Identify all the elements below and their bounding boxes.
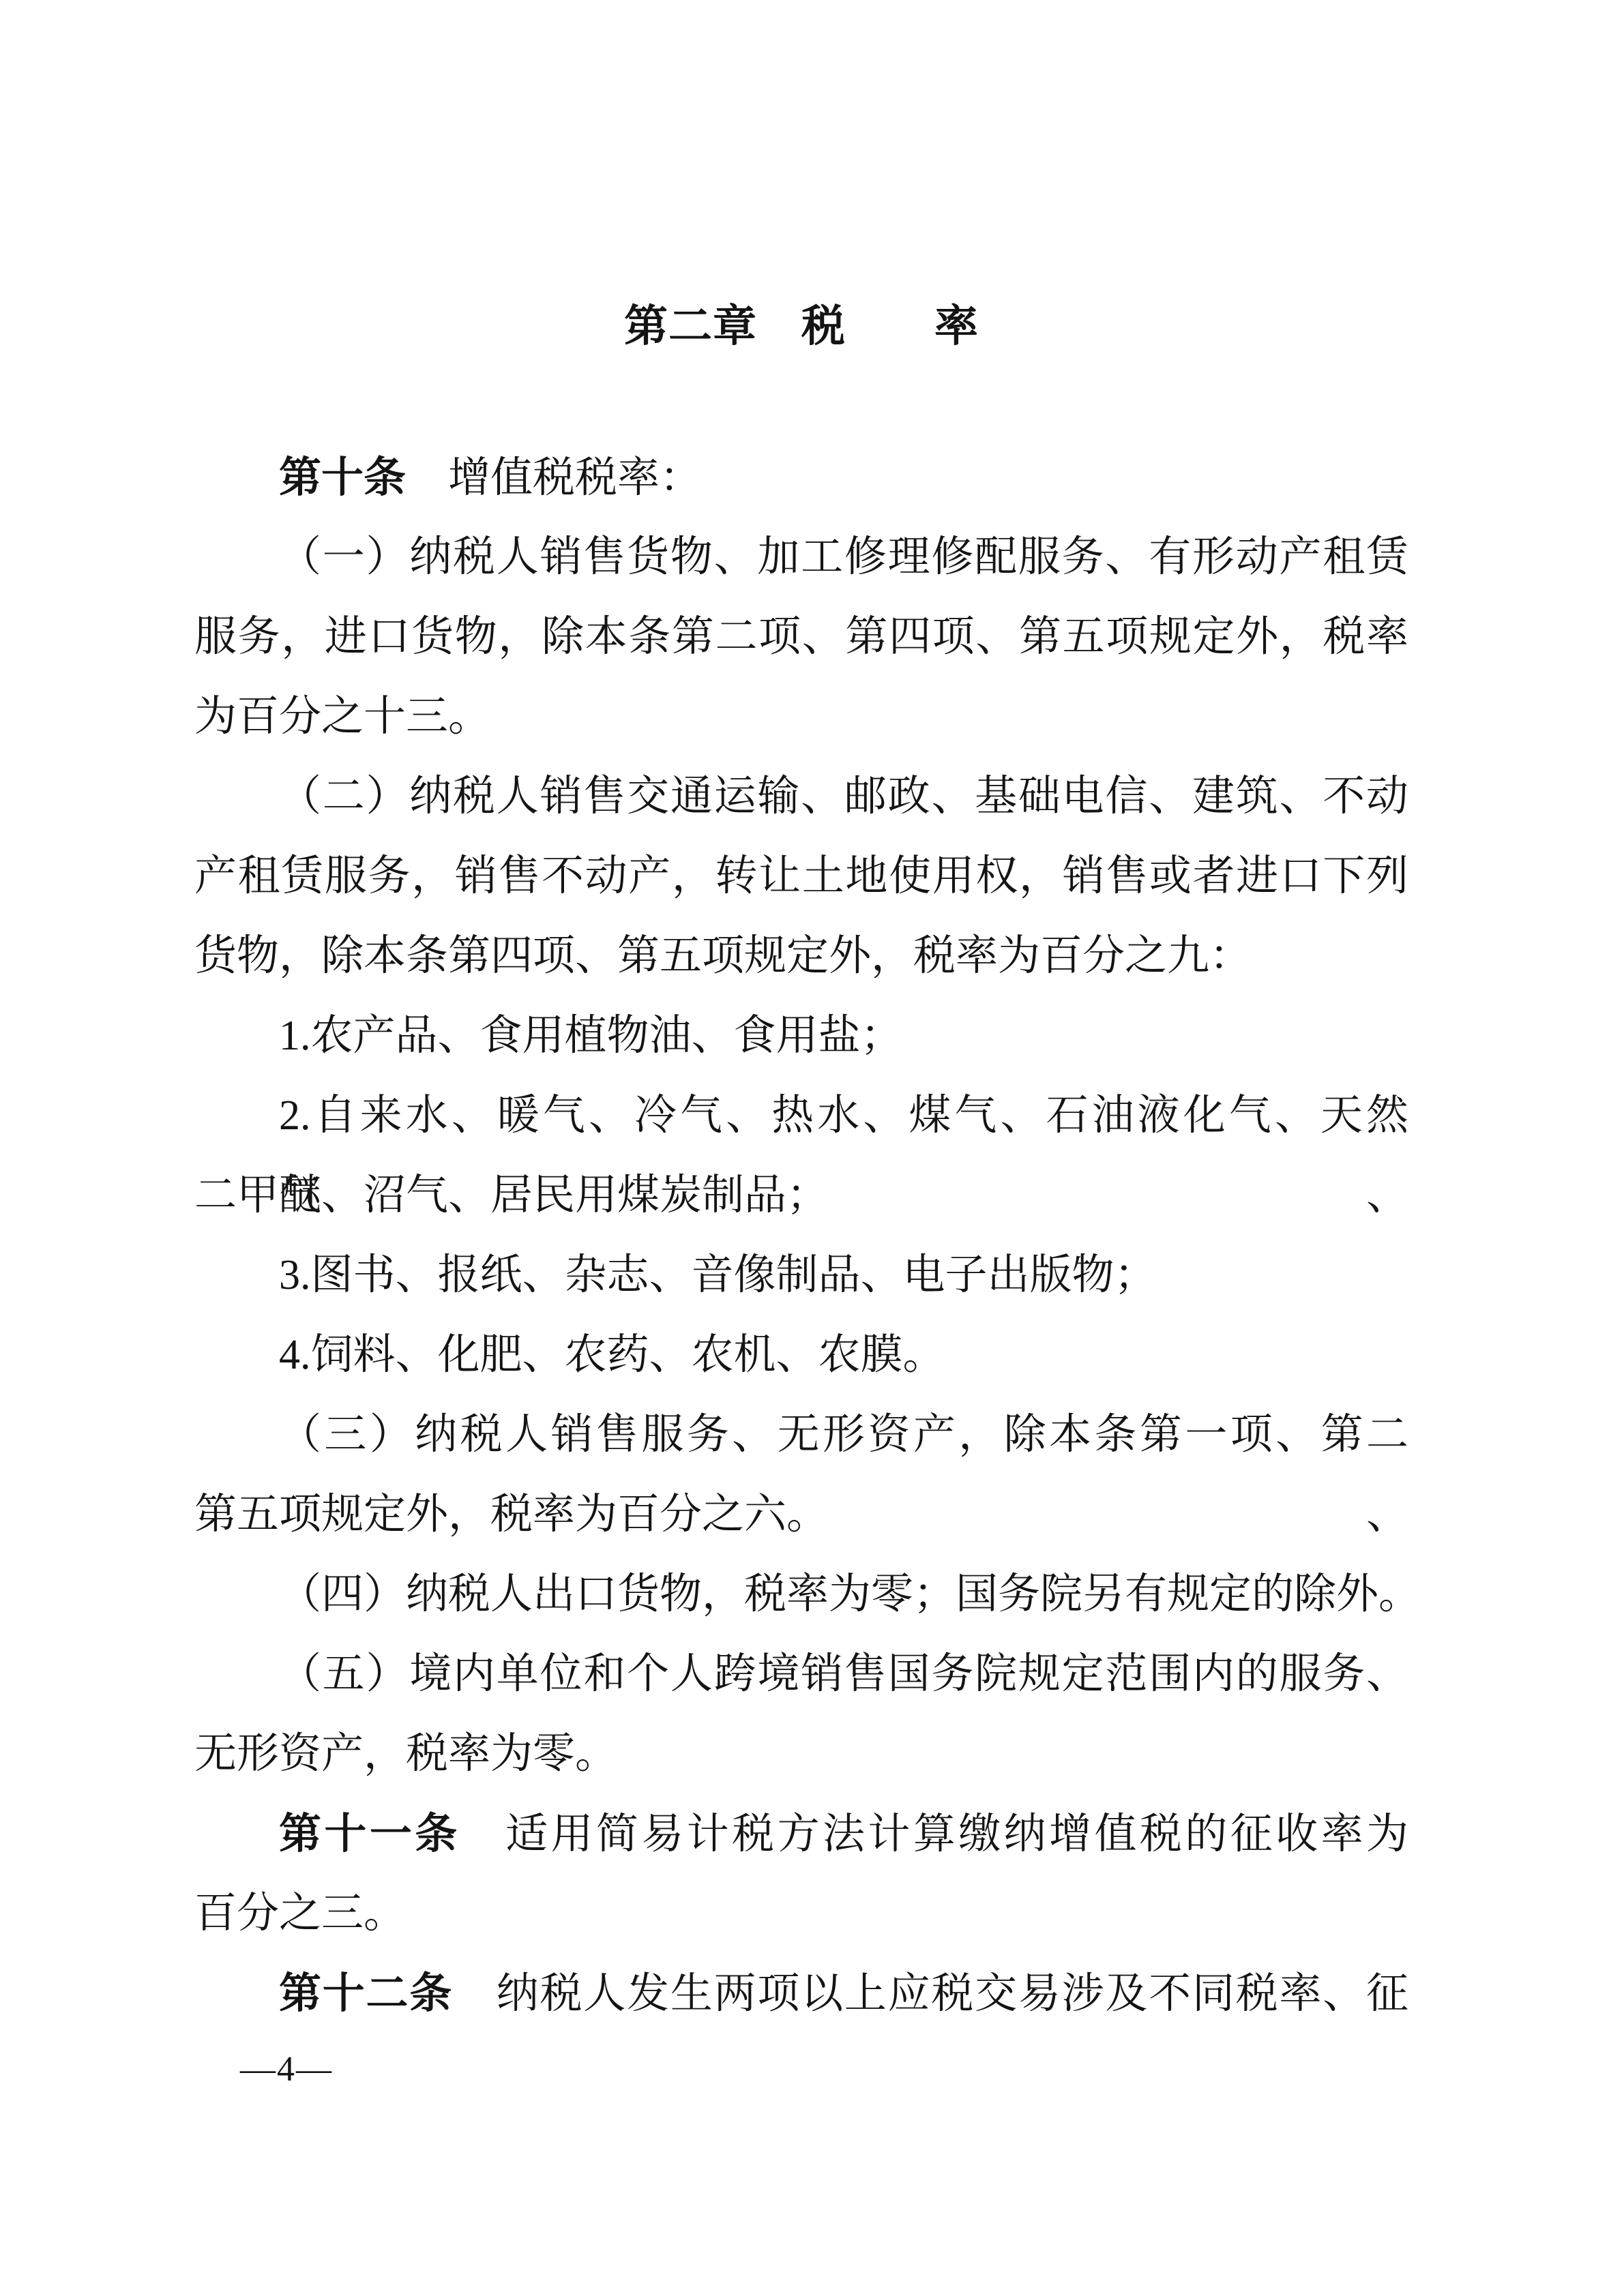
line-text: 3.图书、报纸、杂志、音像制品、电子出版物； [279,1252,1157,1298]
line-text: 产租赁服务，销售不动产，转让土地使用权，销售或者进口下列 [194,853,1408,899]
line-text: （五）境内单位和个人跨境销售国务院规定范围内的服务、 [279,1651,1408,1697]
line-text: 货物，除本条第四项、第五项规定外，税率为百分之九： [194,933,1252,979]
article-number: 第十条 [279,454,406,501]
text-line: 第十一条 适用简易计税方法计算缴纳增值税的征收率为 [194,1794,1408,1874]
line-text: 二甲醚、沼气、居民用煤炭制品； [194,1172,829,1219]
line-text: 第五项规定外，税率为百分之六。 [194,1491,829,1538]
line-text: （一）纳税人销售货物、加工修理修配服务、有形动产租赁 [279,534,1408,580]
text-line: 第十条 增值税税率： [194,438,1408,518]
chapter-title: 第二章 税 率 [194,292,1408,360]
article-number: 第十二条 [279,1970,453,2017]
line-text: 服务，进口货物，除本条第二项、第四项、第五项规定外，税率 [194,614,1408,660]
text-line: 货物，除本条第四项、第五项规定外，税率为百分之九： [194,916,1408,996]
text-line: （四）纳税人出口货物，税率为零；国务院另有规定的除外。 [194,1555,1408,1635]
text-line: 2.自来水、暖气、冷气、热水、煤气、石油液化气、天然气、 [194,1076,1408,1156]
document-page: 第二章 税 率 第十条 增值税税率：（一）纳税人销售货物、加工修理修配服务、有形… [0,0,1624,2296]
text-line: 1.农产品、食用植物油、食用盐； [194,996,1408,1076]
line-text: 增值税税率： [406,455,702,501]
text-line: 4.饲料、化肥、农药、农机、农膜。 [194,1315,1408,1395]
text-line: （五）境内单位和个人跨境销售国务院规定范围内的服务、 [194,1635,1408,1714]
line-text: （四）纳税人出口货物，税率为零；国务院另有规定的除外。 [279,1571,1421,1617]
text-line: 无形资产，税率为零。 [194,1714,1408,1794]
line-text: 适用简易计税方法计算缴纳增值税的征收率为 [460,1811,1408,1858]
line-text: 为百分之十三。 [194,694,490,740]
line-text: 纳税人发生两项以上应税交易涉及不同税率、征 [453,1971,1408,2017]
text-line: 为百分之十三。 [194,677,1408,757]
text-line: 百分之三。 [194,1874,1408,1954]
text-line: （二）纳税人销售交通运输、邮政、基础电信、建筑、不动 [194,757,1408,837]
text-line: 产租赁服务，销售不动产，转让土地使用权，销售或者进口下列 [194,837,1408,916]
line-text: 4.饲料、化肥、农药、农机、农膜。 [279,1332,945,1378]
line-text: （二）纳税人销售交通运输、邮政、基础电信、建筑、不动 [279,773,1408,820]
text-line: 服务，进口货物，除本条第二项、第四项、第五项规定外，税率 [194,597,1408,677]
text-line: （一）纳税人销售货物、加工修理修配服务、有形动产租赁 [194,518,1408,597]
document-body: 第十条 增值税税率：（一）纳税人销售货物、加工修理修配服务、有形动产租赁服务，进… [194,438,1408,2033]
line-text: 百分之三。 [194,1890,406,1937]
article-number: 第十一条 [279,1810,460,1858]
line-text: 无形资产，税率为零。 [194,1731,617,1777]
text-line: （三）纳税人销售服务、无形资产，除本条第一项、第二项、 [194,1395,1408,1475]
page-number: —4— [240,2042,333,2097]
text-line: 3.图书、报纸、杂志、音像制品、电子出版物； [194,1236,1408,1315]
text-line: 第十二条 纳税人发生两项以上应税交易涉及不同税率、征 [194,1954,1408,2033]
line-text: 1.农产品、食用植物油、食用盐； [279,1013,903,1059]
